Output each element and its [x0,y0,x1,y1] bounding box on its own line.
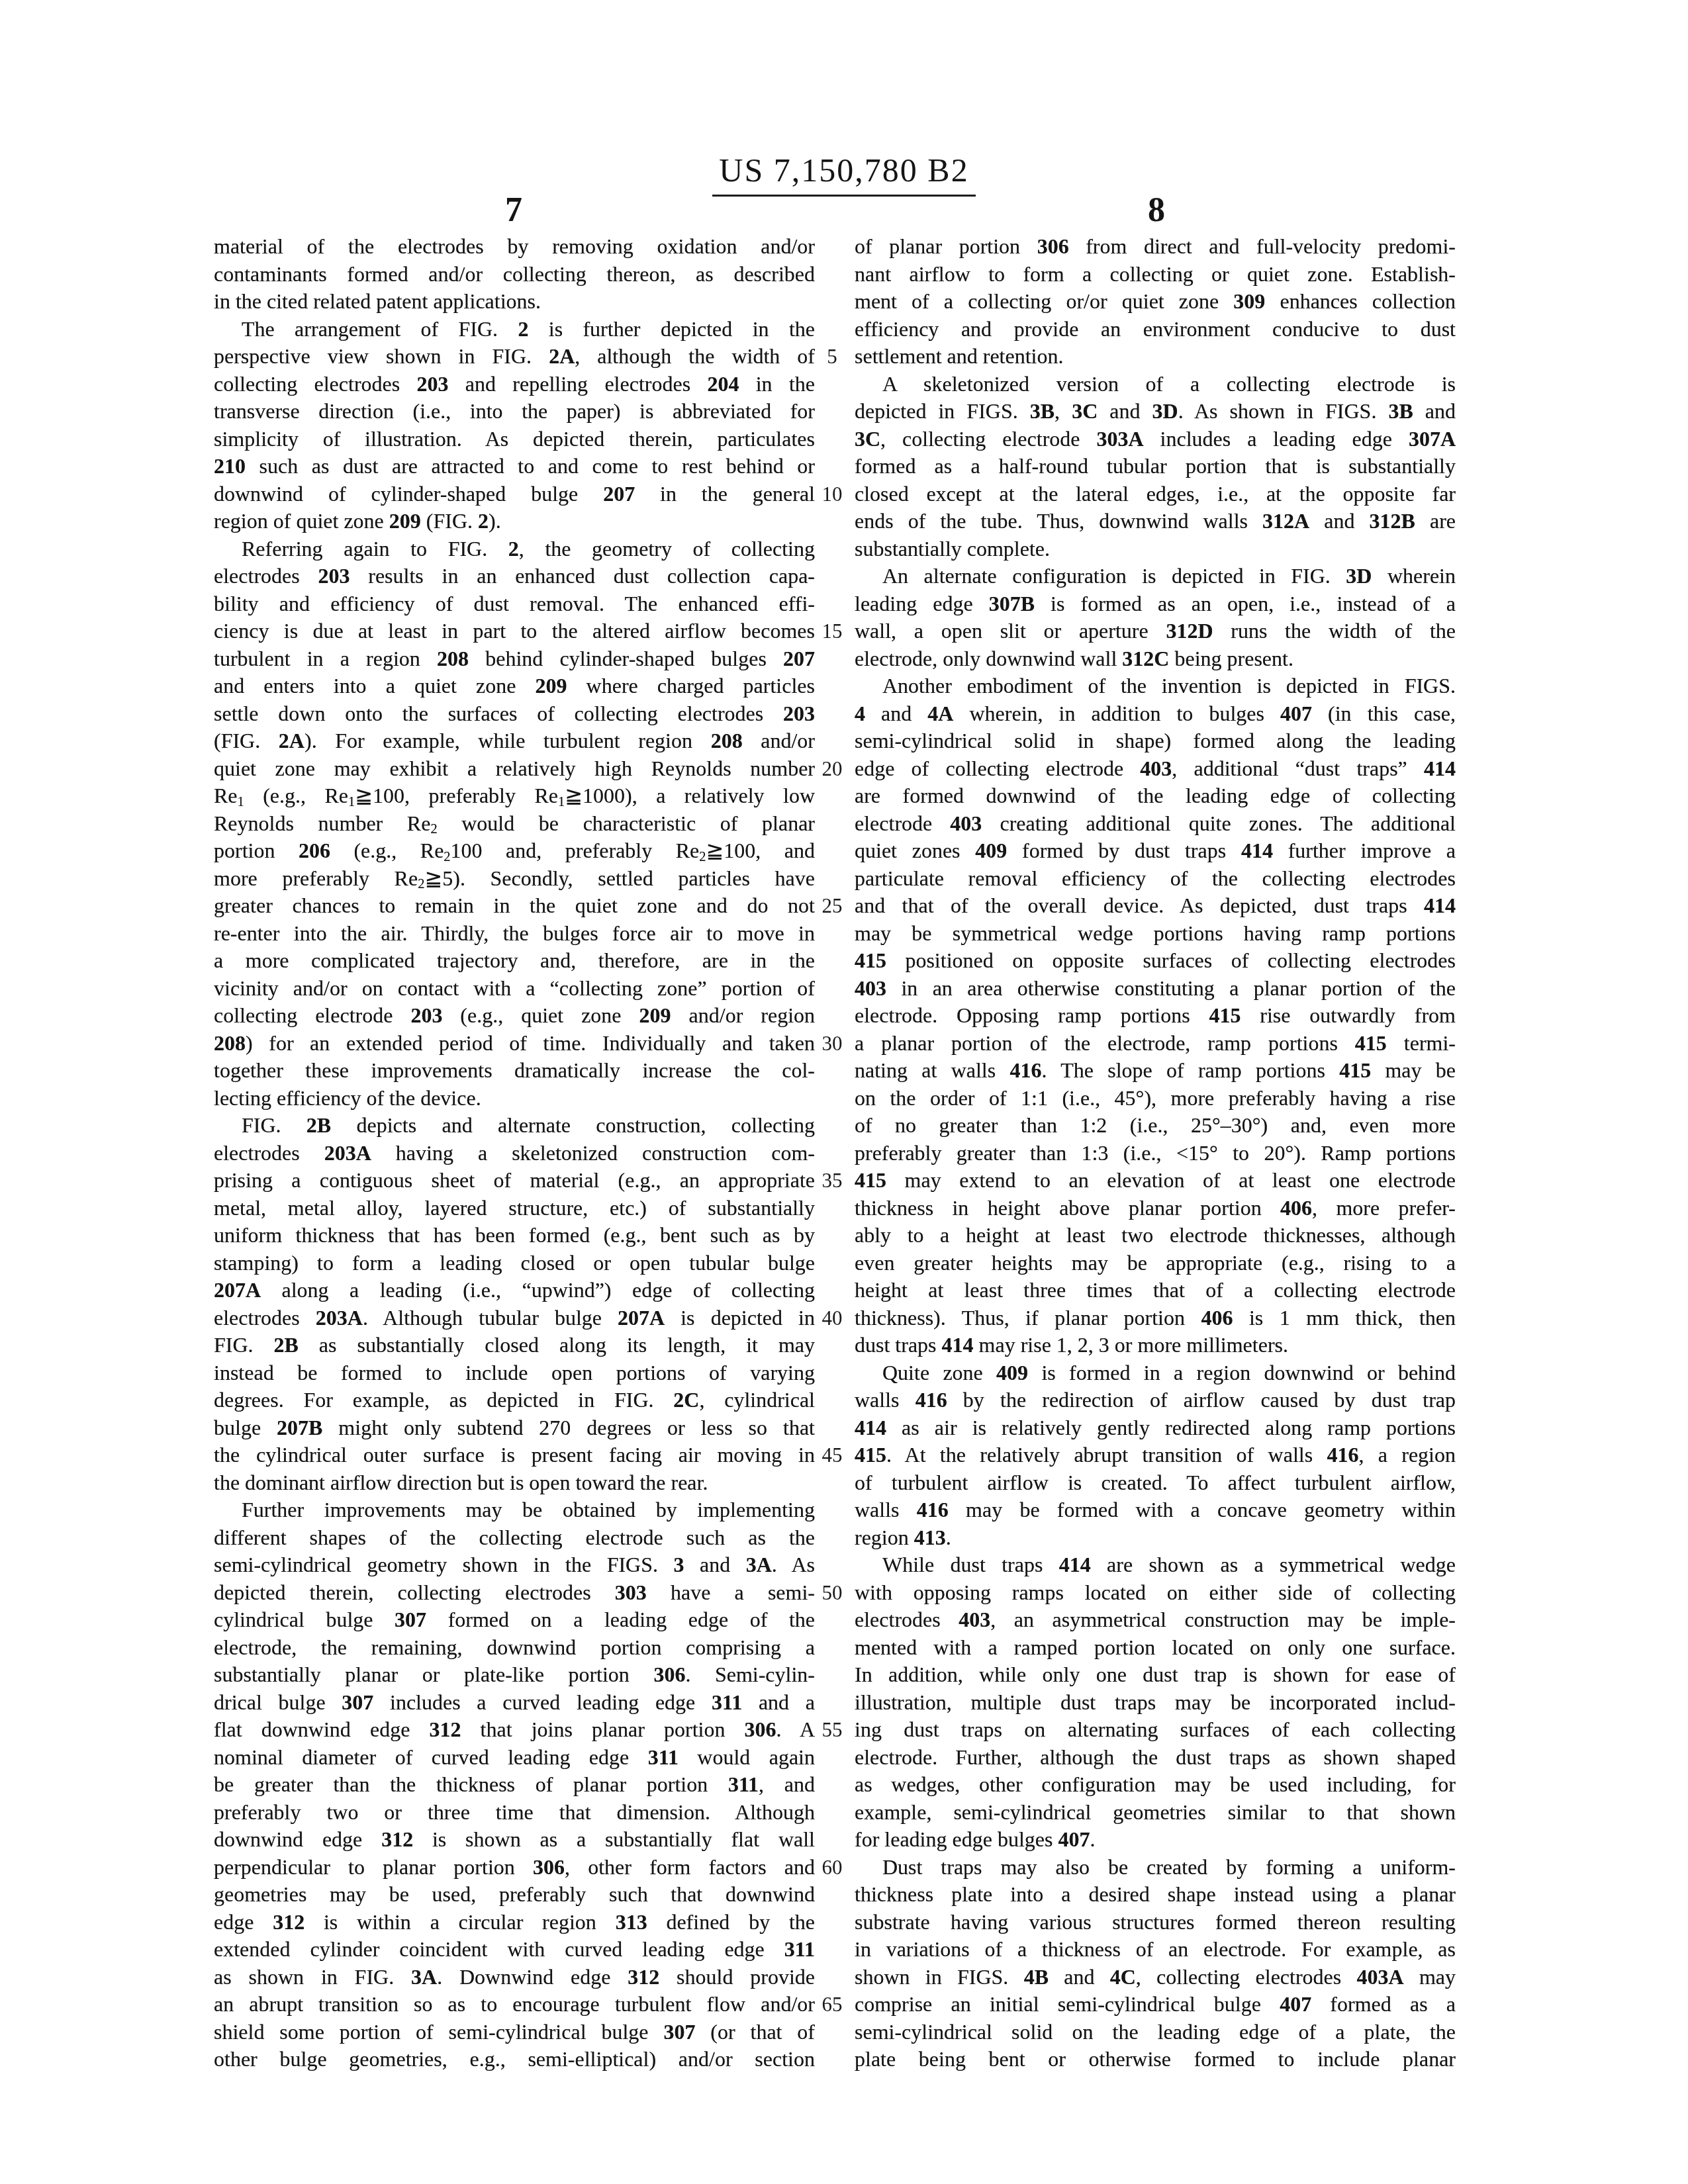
text-line: 403 in an area otherwise constituting a … [855,975,1456,1003]
text-line: electrodes 203 results in an enhanced du… [214,563,815,590]
text-line: ment of a collecting or/or quiet zone 30… [855,288,1456,316]
text-line: efficiency and provide an environment co… [855,316,1456,343]
text-line: substrate having various structures form… [855,1909,1456,1936]
line-number: 5 [811,343,853,371]
text-line: electrode. Opposing ramp portions 415 ri… [855,1002,1456,1030]
text-line: wall, a open slit or aperture 312D runs … [855,617,1456,645]
line-number: 25 [811,892,853,920]
text-line: flat downwind edge 312 that joins planar… [214,1716,815,1744]
text-line: portion 206 (e.g., Re2100 and, preferabl… [214,837,815,865]
text-line: 415. At the relatively abrupt transition… [855,1441,1456,1469]
text-line: as wedges, other configuration may be us… [855,1771,1456,1799]
text-line: different shapes of the collecting elect… [214,1524,815,1552]
page-header: US 7,150,780 B2 [0,151,1688,197]
text-line: an abrupt transition so as to encourage … [214,1991,815,2019]
line-number: 15 [811,617,853,645]
line-number: 45 [811,1441,853,1469]
text-line: of no greater than 1:2 (i.e., 25°–30°) a… [855,1112,1456,1140]
column-8-page-number: 8 [1084,191,1229,230]
text-line: edge of collecting electrode 403, additi… [855,755,1456,783]
text-line: the cylindrical outer surface is present… [214,1441,815,1469]
text-line: prising a contiguous sheet of material (… [214,1167,815,1195]
text-line: substantially complete. [855,535,1456,563]
text-line: other bulge geometries, e.g., semi-ellip… [214,2046,815,2073]
text-line: electrode, the remaining, downwind porti… [214,1634,815,1662]
text-line: on the order of 1:1 (i.e., 45°), more pr… [855,1085,1456,1113]
text-line: ably to a height at least two electrode … [855,1222,1456,1250]
text-line: comprise an initial semi-cylindrical bul… [855,1991,1456,2019]
text-line: degrees. For example, as depicted in FIG… [214,1387,815,1414]
text-line: downwind edge 312 is shown as a substant… [214,1826,815,1854]
text-line: simplicity of illustration. As depicted … [214,426,815,453]
text-line: mented with a ramped portion located on … [855,1634,1456,1662]
text-line: quiet zone may exhibit a relatively high… [214,755,815,783]
text-line: 415 may extend to an elevation of at lea… [855,1167,1456,1195]
text-line: ing dust traps on alternating surfaces o… [855,1716,1456,1744]
text-line: bulge 207B might only subtend 270 degree… [214,1414,815,1442]
text-line: instead be formed to include open portio… [214,1359,815,1387]
line-number: 50 [811,1579,853,1607]
text-line: formed as a half-round tubular portion t… [855,453,1456,480]
text-line: shield some portion of semi-cylindrical … [214,2019,815,2046]
text-line: 3C, collecting electrode 303A includes a… [855,426,1456,453]
text-line: a more complicated trajectory and, there… [214,947,815,975]
text-line: Dust traps may also be created by formin… [855,1854,1456,1882]
text-line: edge 312 is within a circular region 313… [214,1909,815,1936]
text-line: region 413. [855,1524,1456,1552]
text-line: in variations of a thickness of an elect… [855,1936,1456,1964]
text-line: be greater than the thickness of planar … [214,1771,815,1799]
text-line: quiet zones 409 formed by dust traps 414… [855,837,1456,865]
text-line: and enters into a quiet zone 209 where c… [214,672,815,700]
text-line: even greater heights may be appropriate … [855,1250,1456,1277]
text-line: collecting electrode 203 (e.g., quiet zo… [214,1002,815,1030]
text-line: Further improvements may be obtained by … [214,1496,815,1524]
text-line: contaminants formed and/or collecting th… [214,261,815,289]
text-line: are formed downwind of the leading edge … [855,782,1456,810]
text-line: In addition, while only one dust trap is… [855,1661,1456,1689]
text-line: perspective view shown in FIG. 2A, altho… [214,343,815,371]
line-number: 10 [811,480,853,508]
text-line: thickness in height above planar portion… [855,1195,1456,1222]
text-line: stamping) to form a leading closed or op… [214,1250,815,1277]
text-line: ends of the tube. Thus, downwind walls 3… [855,508,1456,535]
text-line: substantially planar or plate-like porti… [214,1661,815,1689]
text-line: FIG. 2B as substantially closed along it… [214,1332,815,1359]
text-line: and that of the overall device. As depic… [855,892,1456,920]
line-number: 55 [811,1716,853,1744]
patent-number: US 7,150,780 B2 [712,151,975,197]
text-line: semi-cylindrical solid in shape) formed … [855,727,1456,755]
text-line: (FIG. 2A). For example, while turbulent … [214,727,815,755]
column-7-page-number: 7 [441,191,586,230]
text-line: together these improvements dramatically… [214,1057,815,1085]
text-line: Another embodiment of the invention is d… [855,672,1456,700]
text-line: electrode 403 creating additional quite … [855,810,1456,838]
text-line: settle down onto the surfaces of collect… [214,700,815,728]
text-line: preferably two or three time that dimens… [214,1799,815,1827]
text-line: cylindrical bulge 307 formed on a leadin… [214,1606,815,1634]
line-number: 40 [811,1304,853,1332]
text-line: 210 such as dust are attracted to and co… [214,453,815,480]
text-line: as shown in FIG. 3A. Downwind edge 312 s… [214,1964,815,1991]
text-line: Re1 (e.g., Re1≧100, preferably Re1≧1000)… [214,782,815,810]
text-line: greater chances to remain in the quiet z… [214,892,815,920]
text-line: electrode, only downwind wall 312C being… [855,645,1456,673]
text-line: semi-cylindrical solid on the leading ed… [855,2019,1456,2046]
text-line: with opposing ramps located on either si… [855,1579,1456,1607]
text-line: settlement and retention. [855,343,1456,371]
text-line: Referring again to FIG. 2, the geometry … [214,535,815,563]
text-line: illustration, multiple dust traps may be… [855,1689,1456,1717]
column-7-text: material of the electrodes by removing o… [214,233,815,2073]
text-line: of planar portion 306 from direct and fu… [855,233,1456,261]
text-line: drical bulge 307 includes a curved leadi… [214,1689,815,1717]
text-line: semi-cylindrical geometry shown in the F… [214,1551,815,1579]
text-line: vicinity and/or on contact with a “colle… [214,975,815,1003]
line-number: 65 [811,1991,853,2019]
text-line: An alternate configuration is depicted i… [855,563,1456,590]
text-line: nominal diameter of curved leading edge … [214,1744,815,1772]
text-line: walls 416 may be formed with a concave g… [855,1496,1456,1524]
line-number: 60 [811,1854,853,1882]
line-number: 35 [811,1167,853,1195]
text-line: depicted therein, collecting electrodes … [214,1579,815,1607]
text-line: 4 and 4A wherein, in addition to bulges … [855,700,1456,728]
text-line: region of quiet zone 209 (FIG. 2). [214,508,815,535]
text-line: material of the electrodes by removing o… [214,233,815,261]
text-line: dust traps 414 may rise 1, 2, 3 or more … [855,1332,1456,1359]
text-line: example, semi-cylindrical geometries sim… [855,1799,1456,1827]
text-line: particulate removal efficiency of the co… [855,865,1456,893]
text-line: nating at walls 416. The slope of ramp p… [855,1057,1456,1085]
text-line: electrodes 403, an asymmetrical construc… [855,1606,1456,1634]
text-line: walls 416 by the redirection of airflow … [855,1387,1456,1414]
text-line: 207A along a leading (i.e., “upwind”) ed… [214,1277,815,1304]
text-line: downwind of cylinder-shaped bulge 207 in… [214,480,815,508]
text-line: in the cited related patent applications… [214,288,815,316]
text-line: may be symmetrical wedge portions having… [855,920,1456,948]
text-line: shown in FIGS. 4B and 4C, collecting ele… [855,1964,1456,1991]
text-line: for leading edge bulges 407. [855,1826,1456,1854]
line-number-gutter: 5101520253035404550556065 [811,233,853,2073]
text-line: metal, metal alloy, layered structure, e… [214,1195,815,1222]
text-line: leading edge 307B is formed as an open, … [855,590,1456,618]
text-line: closed except at the lateral edges, i.e.… [855,480,1456,508]
text-line: perpendicular to planar portion 306, oth… [214,1854,815,1882]
text-line: A skeletonized version of a collecting e… [855,371,1456,398]
text-line: While dust traps 414 are shown as a symm… [855,1551,1456,1579]
text-line: more preferably Re2≧5). Secondly, settle… [214,865,815,893]
text-line: geometries may be used, preferably such … [214,1881,815,1909]
text-line: extended cylinder coincident with curved… [214,1936,815,1964]
text-line: ciency is due at least in part to the al… [214,617,815,645]
text-line: nant airflow to form a collecting or qui… [855,261,1456,289]
line-number: 20 [811,755,853,783]
text-line: thickness). Thus, if planar portion 406 … [855,1304,1456,1332]
text-line: Quite zone 409 is formed in a region dow… [855,1359,1456,1387]
column-8-text: of planar portion 306 from direct and fu… [855,233,1456,2073]
text-line: bility and efficiency of dust removal. T… [214,590,815,618]
text-line: turbulent in a region 208 behind cylinde… [214,645,815,673]
text-line: transverse direction (i.e., into the pap… [214,398,815,426]
text-line: thickness plate into a desired shape ins… [855,1881,1456,1909]
text-line: 415 positioned on opposite surfaces of c… [855,947,1456,975]
text-line: electrodes 203A. Although tubular bulge … [214,1304,815,1332]
text-line: collecting electrodes 203 and repelling … [214,371,815,398]
text-line: 414 as air is relatively gently redirect… [855,1414,1456,1442]
patent-document-page: US 7,150,780 B2 7 8 material of the elec… [0,0,1688,2184]
text-line: the dominant airflow direction but is op… [214,1469,815,1497]
text-line: electrodes 203A having a skeletonized co… [214,1140,815,1167]
text-line: re-enter into the air. Thirdly, the bulg… [214,920,815,948]
text-line: Reynolds number Re2 would be characteris… [214,810,815,838]
text-line: FIG. 2B depicts and alternate constructi… [214,1112,815,1140]
text-line: plate being bent or otherwise formed to … [855,2046,1456,2073]
text-line: of turbulent airflow is created. To affe… [855,1469,1456,1497]
text-line: uniform thickness that has been formed (… [214,1222,815,1250]
text-line: a planar portion of the electrode, ramp … [855,1030,1456,1058]
text-line: depicted in FIGS. 3B, 3C and 3D. As show… [855,398,1456,426]
text-line: height at least three times that of a co… [855,1277,1456,1304]
text-line: electrode. Further, although the dust tr… [855,1744,1456,1772]
line-number: 30 [811,1030,853,1058]
text-line: preferably greater than 1:3 (i.e., <15° … [855,1140,1456,1167]
text-line: 208) for an extended period of time. Ind… [214,1030,815,1058]
text-line: lecting efficiency of the device. [214,1085,815,1113]
text-line: The arrangement of FIG. 2 is further dep… [214,316,815,343]
